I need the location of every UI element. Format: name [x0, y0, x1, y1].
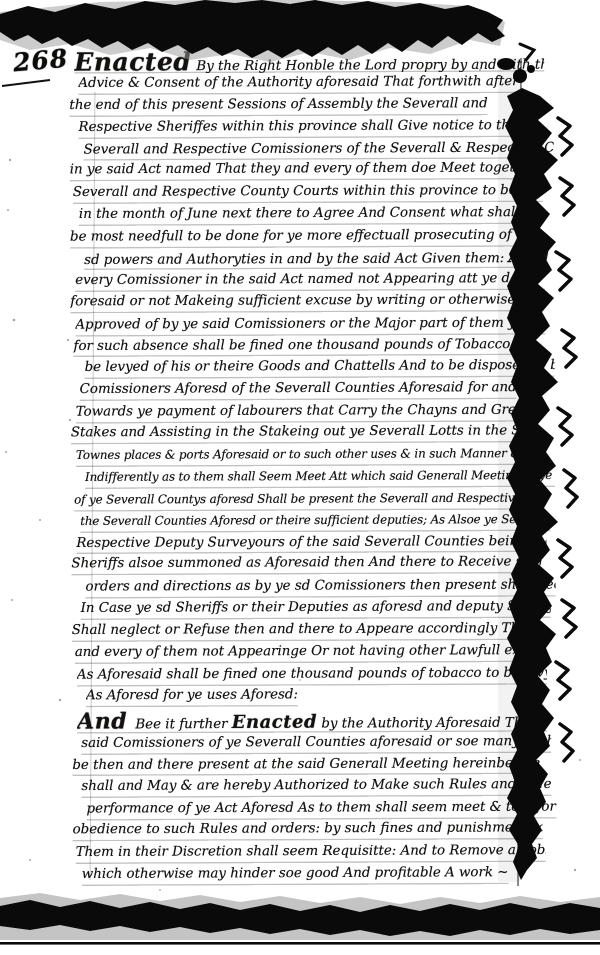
- manuscript-line: be levyed of his or theire Goods and Cha…: [85, 355, 555, 379]
- manuscript-line: Severall and Respective County Courts wi…: [73, 180, 543, 204]
- manuscript-text: Approved of by ye said Comissioners or t…: [75, 315, 545, 332]
- manuscript-line: EnactedBy the Right Honble the Lord prop…: [74, 50, 544, 74]
- manuscript-line: As Aforesaid shall be fined one thousand…: [77, 663, 547, 687]
- manuscript-line: of ye Severall Countys aforesd Shall be …: [74, 487, 544, 511]
- manuscript-text: shall and May & are hereby Authorized to…: [81, 777, 551, 794]
- manuscript-text: for such absence shall be fined one thou…: [73, 337, 528, 354]
- manuscript-line: the end of this present Sessions of Asse…: [69, 93, 487, 117]
- manuscript-text: said Comissioners of ye Severall Countie…: [81, 733, 551, 750]
- manuscript-text: performance of ye Act Aforesd As to them…: [86, 800, 556, 817]
- manuscript-line: in the month of June next there to Agree…: [79, 202, 520, 226]
- manuscript-line: As Aforesd for ye uses Aforesd:: [86, 684, 298, 707]
- paragraph: EnactedBy the Right Honble the Lord prop…: [74, 49, 547, 708]
- manuscript-text: in the month of June next there to Agree…: [79, 205, 520, 222]
- manuscript-line: the Severall Counties Aforesd or theire …: [80, 509, 550, 533]
- manuscript-text: and every of them not Appearinge Or not …: [75, 643, 545, 660]
- manuscript-line: for such absence shall be fined one thou…: [73, 334, 528, 358]
- manuscript-text: Stakes and Assisting in the Stakeing out…: [71, 423, 541, 440]
- paragraph: And Bee it further Enacted by the Author…: [77, 709, 548, 886]
- opening-word: Enacted: [74, 50, 196, 74]
- manuscript-text: foresaid or not Makeing sufficient excus…: [70, 292, 540, 309]
- manuscript-line: sd powers and Authoryties in and by the …: [84, 246, 550, 270]
- bottom-ink-blot: [0, 900, 600, 936]
- manuscript-text: Indifferently as to them shall Seem Meet…: [85, 468, 555, 484]
- manuscript-text: be then and there present at the said Ge…: [72, 755, 542, 772]
- manuscript-text: Bee it further: [131, 717, 232, 732]
- manuscript-line: Indifferently as to them shall Seem Meet…: [85, 465, 555, 489]
- manuscript-line: Respective Deputy Surveyours of the said…: [76, 531, 546, 555]
- opening-word: And: [77, 709, 131, 733]
- manuscript-line: shall and May & are hereby Authorized to…: [81, 774, 551, 798]
- manuscript-scan-page: 268 EnactedBy the Right Honble the Lord …: [0, 0, 600, 955]
- manuscript-line: Approved of by ye said Comissioners or t…: [75, 312, 545, 336]
- bottom-ink-blot-halo: [0, 893, 600, 940]
- manuscript-text: in ye said Act named That they and every…: [70, 161, 540, 178]
- manuscript-line: Shall neglect or Refuse then and there t…: [72, 618, 542, 642]
- manuscript-line: Sheriffs alsoe summoned as Aforesaid the…: [71, 552, 541, 576]
- bottom-rule-line: [0, 942, 600, 945]
- gutter-ink-curls: [556, 118, 577, 761]
- manuscript-line: Townes places & ports Aforesaid or to su…: [76, 443, 546, 467]
- manuscript-text: By the Right Honble the Lord propry by a…: [196, 58, 544, 74]
- manuscript-line: Respective Sheriffes within this provinc…: [78, 115, 518, 139]
- manuscript-line: and every of them not Appearinge Or not …: [75, 640, 545, 664]
- manuscript-text: In Case ye sd Sheriffs or their Deputies…: [81, 599, 551, 616]
- manuscript-line: Stakes and Assisting in the Stakeing out…: [71, 420, 541, 444]
- manuscript-text: every Comissioner in the said Act named …: [75, 271, 545, 288]
- folio-number: 268: [12, 44, 70, 78]
- manuscript-line: said Comissioners of ye Severall Countie…: [81, 731, 551, 755]
- manuscript-text: Advice & Consent of the Authority afores…: [78, 74, 518, 91]
- manuscript-text: the end of this present Sessions of Asse…: [69, 96, 487, 113]
- manuscript-text: be levyed of his or theire Goods and Cha…: [85, 358, 555, 375]
- manuscript-line: In Case ye sd Sheriffs or their Deputies…: [81, 596, 551, 620]
- manuscript-line: obedience to such Rules and orders: by s…: [73, 817, 543, 841]
- manuscript-text: the Severall Counties Aforesd or theire …: [80, 512, 550, 528]
- manuscript-text: As Aforesd for ye uses Aforesd:: [86, 687, 298, 703]
- text-block: EnactedBy the Right Honble the Lord prop…: [74, 49, 548, 886]
- manuscript-text: Comissioners Aforesd of the Severall Cou…: [80, 380, 517, 397]
- manuscript-text: Respective Sheriffes within this provinc…: [78, 118, 517, 135]
- manuscript-text: orders and directions as by ye sd Comiss…: [85, 577, 555, 595]
- manuscript-text: Sheriffs alsoe summoned as Aforesaid the…: [71, 555, 541, 572]
- manuscript-text: Shall neglect or Refuse then and there t…: [72, 621, 542, 638]
- manuscript-line: in ye said Act named That they and every…: [70, 158, 540, 182]
- manuscript-line: which otherwise may hinder soe good And …: [82, 862, 509, 886]
- manuscript-text: Them in their Discretion shall seem Requ…: [76, 843, 546, 860]
- manuscript-line: Comissioners Aforesd of the Severall Cou…: [80, 377, 517, 401]
- manuscript-text: be most needfull to be done for ye more …: [70, 228, 538, 245]
- manuscript-text: obedience to such Rules and orders: by s…: [73, 820, 543, 837]
- gutter-shadow: [498, 58, 520, 882]
- manuscript-text: As Aforesaid shall be fined one thousand…: [77, 665, 547, 682]
- manuscript-text: sd powers and Authoryties in and by the …: [84, 251, 508, 268]
- manuscript-text: Towards ye payment of labourers that Car…: [76, 403, 530, 420]
- manuscript-text: Townes places & ports Aforesaid or to su…: [76, 446, 546, 462]
- folio-underline: [2, 80, 50, 86]
- manuscript-line: foresaid or not Makeing sufficient excus…: [70, 289, 540, 313]
- manuscript-text: of ye Severall Countys aforesd Shall be …: [74, 490, 544, 506]
- manuscript-line: Them in their Discretion shall seem Requ…: [76, 840, 546, 864]
- manuscript-text: which otherwise may hinder soe good And …: [82, 865, 509, 882]
- manuscript-line: be then and there present at the said Ge…: [72, 752, 542, 776]
- manuscript-line: Advice & Consent of the Authority afores…: [78, 71, 518, 95]
- manuscript-line: And Bee it further Enacted by the Author…: [77, 709, 547, 733]
- manuscript-text: Severall and Respective Comissioners of …: [84, 140, 554, 157]
- manuscript-line: be most needfull to be done for ye more …: [70, 225, 538, 249]
- manuscript-text: Respective Deputy Surveyours of the said…: [76, 533, 546, 550]
- manuscript-text: Severall and Respective County Courts wi…: [73, 183, 543, 200]
- manuscript-line: every Comissioner in the said Act named …: [75, 268, 545, 292]
- manuscript-line: orders and directions as by ye sd Comiss…: [85, 575, 555, 599]
- opening-word: Enacted: [232, 711, 317, 732]
